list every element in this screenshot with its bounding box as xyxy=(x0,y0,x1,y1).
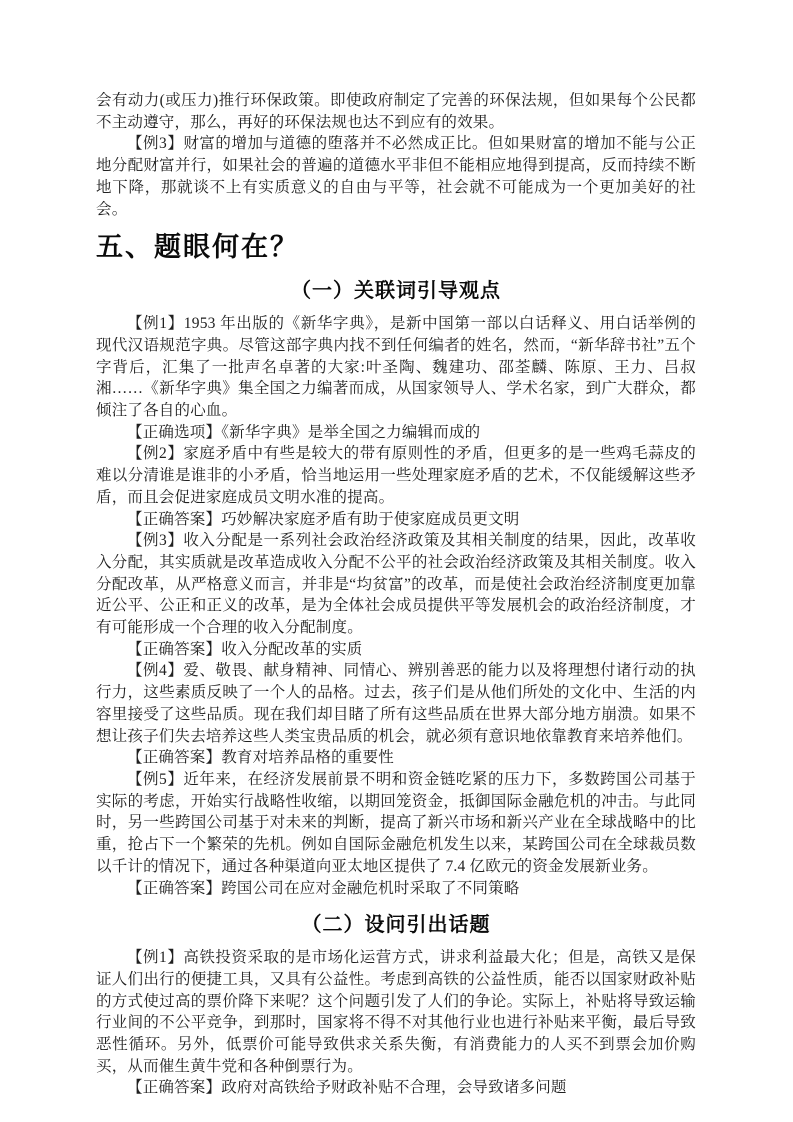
example-1-paragraph: 【例1】1953 年出版的《新华字典》，是新中国第一部以白话释义、用白话举例的现… xyxy=(96,313,696,422)
subsection-1: （一）关联词引导观点 【例1】1953 年出版的《新华字典》，是新中国第一部以白… xyxy=(96,278,696,899)
example-4-paragraph: 【例4】爱、敬畏、献身精神、同情心、辨别善恶的能力以及将理想付诸行动的执行力，这… xyxy=(96,660,696,747)
document-page: 会有动力(或压力)推行环保政策。即使政府制定了完善的环保法规，但如果每个公民都不… xyxy=(0,0,793,1122)
example-3-paragraph: 【例3】收入分配是一系列社会政治经济政策及其相关制度的结果，因此，改革收入分配，… xyxy=(96,530,696,639)
section-heading: 五、题眼何在？ xyxy=(96,229,696,265)
example-3-intro-paragraph: 【例3】财富的增加与道德的堕落并不必然成正比。但如果财富的增加不能与公正地分配财… xyxy=(96,133,696,220)
correct-option-1: 【正确选项】《新华字典》是举全国之力编辑而成的 xyxy=(96,422,696,444)
correct-answer-2: 【正确答案】巧妙解决家庭矛盾有助于使家庭成员更文明 xyxy=(96,509,696,531)
correct-answer-3: 【正确答案】收入分配改革的实质 xyxy=(96,639,696,661)
subsection-2-heading: （二）设问引出话题 xyxy=(96,912,696,938)
subsection-2: （二）设问引出话题 【例1】高铁投资采取的是市场化运营方式，讲求利益最大化；但是… xyxy=(96,912,696,1099)
correct-answer-5: 【正确答案】跨国公司在应对金融危机时采取了不同策略 xyxy=(96,878,696,900)
continuation-paragraph: 会有动力(或压力)推行环保政策。即使政府制定了完善的环保法规，但如果每个公民都不… xyxy=(96,90,696,133)
correct-answer-4: 【正确答案】教育对培养品格的重要性 xyxy=(96,747,696,769)
example-1-paragraph-topic: 【例1】高铁投资采取的是市场化运营方式，讲求利益最大化；但是，高铁又是保证人们出… xyxy=(96,947,696,1077)
example-5-paragraph: 【例5】近年来，在经济发展前景不明和资金链吃紧的压力下，多数跨国公司基于实际的考… xyxy=(96,769,696,878)
correct-answer-topic: 【正确答案】政府对高铁给予财政补贴不合理，会导致诸多问题 xyxy=(96,1077,696,1099)
example-2-paragraph: 【例2】家庭矛盾中有些是较大的带有原则性的矛盾，但更多的是一些鸡毛蒜皮的难以分清… xyxy=(96,443,696,508)
subsection-1-heading: （一）关联词引导观点 xyxy=(96,278,696,304)
